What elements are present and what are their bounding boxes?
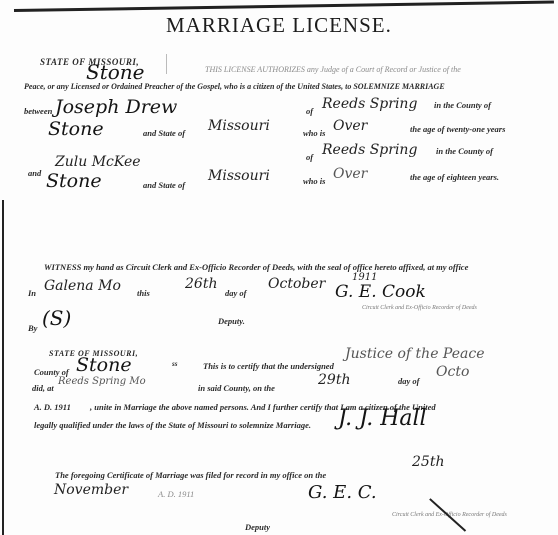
bride-name: Zulu McKee (55, 154, 141, 170)
witness-in-label: In (28, 288, 36, 298)
groom-name: Joseph Drew (55, 96, 177, 118)
license-authorizes-text: THIS LICENSE AUTHORIZES any Judge of a C… (205, 65, 461, 74)
certificate-day: 29th (318, 372, 350, 388)
witness-text: WITNESS my hand as Circuit Clerk and Ex-… (44, 262, 468, 272)
marriage-license-document: MARRIAGE LICENSE. STATE OF MISSOURI, Sto… (0, 0, 558, 535)
clerk-title: Circuit Clerk and Ex-Officio Recorder of… (362, 305, 477, 311)
filing-month: November (54, 482, 128, 498)
bride-who-is-label: who is (303, 176, 325, 186)
bride-age-text: the age of eighteen years. (410, 172, 499, 182)
groom-county: Stone (48, 118, 104, 140)
witness-day: 26th (185, 276, 217, 292)
qualified-text: legally qualified under the laws of the … (34, 420, 311, 430)
witness-day-of-label: day of (225, 288, 246, 298)
top-rule (14, 1, 554, 12)
seal-mark: (S) (42, 306, 71, 330)
section-divider (166, 54, 167, 74)
license-line2-text: Peace, or any Licensed or Ordained Preac… (24, 82, 445, 91)
bride-state-label: and State of (143, 180, 185, 190)
between-label: between (24, 106, 52, 116)
filed-text: The foregoing Certificate of Marriage wa… (55, 470, 326, 480)
in-said-county-label: in said County, on the (198, 383, 275, 393)
certify-text: This is to certify that the undersigned (203, 361, 334, 371)
filing-clerk-signature: G. E. C. (308, 482, 377, 503)
bride-of-label: of (306, 152, 313, 162)
certificate-day-of-label: day of (398, 376, 419, 386)
groom-residence: Reeds Spring (322, 96, 417, 112)
groom-state-label: and State of (143, 128, 185, 138)
groom-age: Over (333, 118, 367, 134)
did-at-label: did, at (32, 383, 54, 393)
witness-month: October (268, 276, 325, 292)
groom-county-label: in the County of (434, 100, 491, 110)
certificate-county-value: Stone (76, 354, 132, 376)
clerk-signature: G. E. Cook (335, 282, 426, 302)
witness-this-label: this (137, 288, 150, 298)
bride-state: Missouri (208, 168, 270, 184)
groom-who-is-label: who is (303, 128, 325, 138)
certificate-place: Reeds Spring Mo (58, 376, 146, 387)
document-title: MARRIAGE LICENSE. (166, 13, 392, 38)
groom-state: Missouri (208, 118, 270, 134)
filed-day: 25th (412, 454, 444, 470)
and-label: and (28, 168, 41, 178)
groom-age-text: the age of twenty-one years (410, 124, 505, 134)
bride-county: Stone (46, 170, 102, 192)
license-county-value: Stone (86, 60, 145, 84)
certificate-month: Octo (436, 364, 469, 380)
witness-place: Galena Mo (44, 278, 121, 294)
certificate-ss-label: ss (172, 360, 177, 368)
certificate-ad-label: A. D. 1911 (34, 402, 71, 412)
groom-of-label: of (306, 106, 313, 116)
bride-age: Over (333, 166, 367, 182)
officiant-title: Justice of the Peace (345, 346, 484, 362)
filing-deputy-label: Deputy (245, 522, 270, 532)
filing-ad-label: A. D. 1911 (158, 489, 194, 499)
officiant-signature: J. J. Hall (338, 406, 427, 431)
witness-deputy-label: Deputy. (218, 316, 245, 326)
bride-residence: Reeds Spring (322, 142, 417, 158)
left-border (2, 200, 4, 535)
bride-county-label: in the County of (436, 146, 493, 156)
witness-by-label: By (28, 323, 37, 333)
